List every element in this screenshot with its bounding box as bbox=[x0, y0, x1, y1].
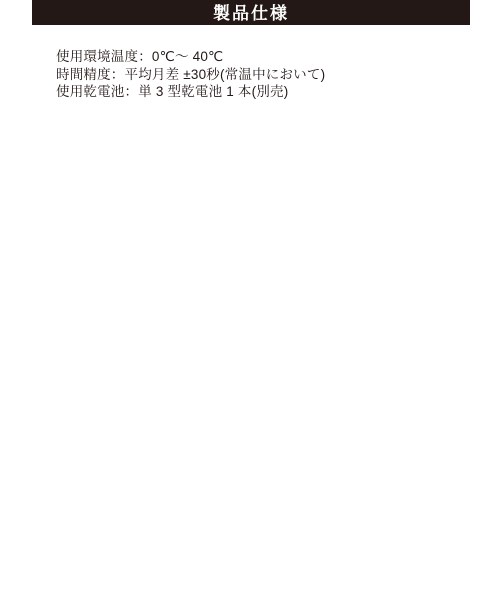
spec-line-battery: 使用乾電池：単 3 型乾電池 1 本(別売) bbox=[56, 83, 480, 101]
section-title-bar: 製品仕様 bbox=[32, 0, 470, 25]
section-title: 製品仕様 bbox=[213, 4, 289, 22]
spec-list: 使用環境温度：0℃〜 40℃ 時間精度：平均月差 ±30秒(常温中において) 使… bbox=[56, 48, 480, 101]
spec-line-operating-temperature: 使用環境温度：0℃〜 40℃ bbox=[56, 48, 480, 66]
spec-line-time-accuracy: 時間精度：平均月差 ±30秒(常温中において) bbox=[56, 66, 480, 84]
